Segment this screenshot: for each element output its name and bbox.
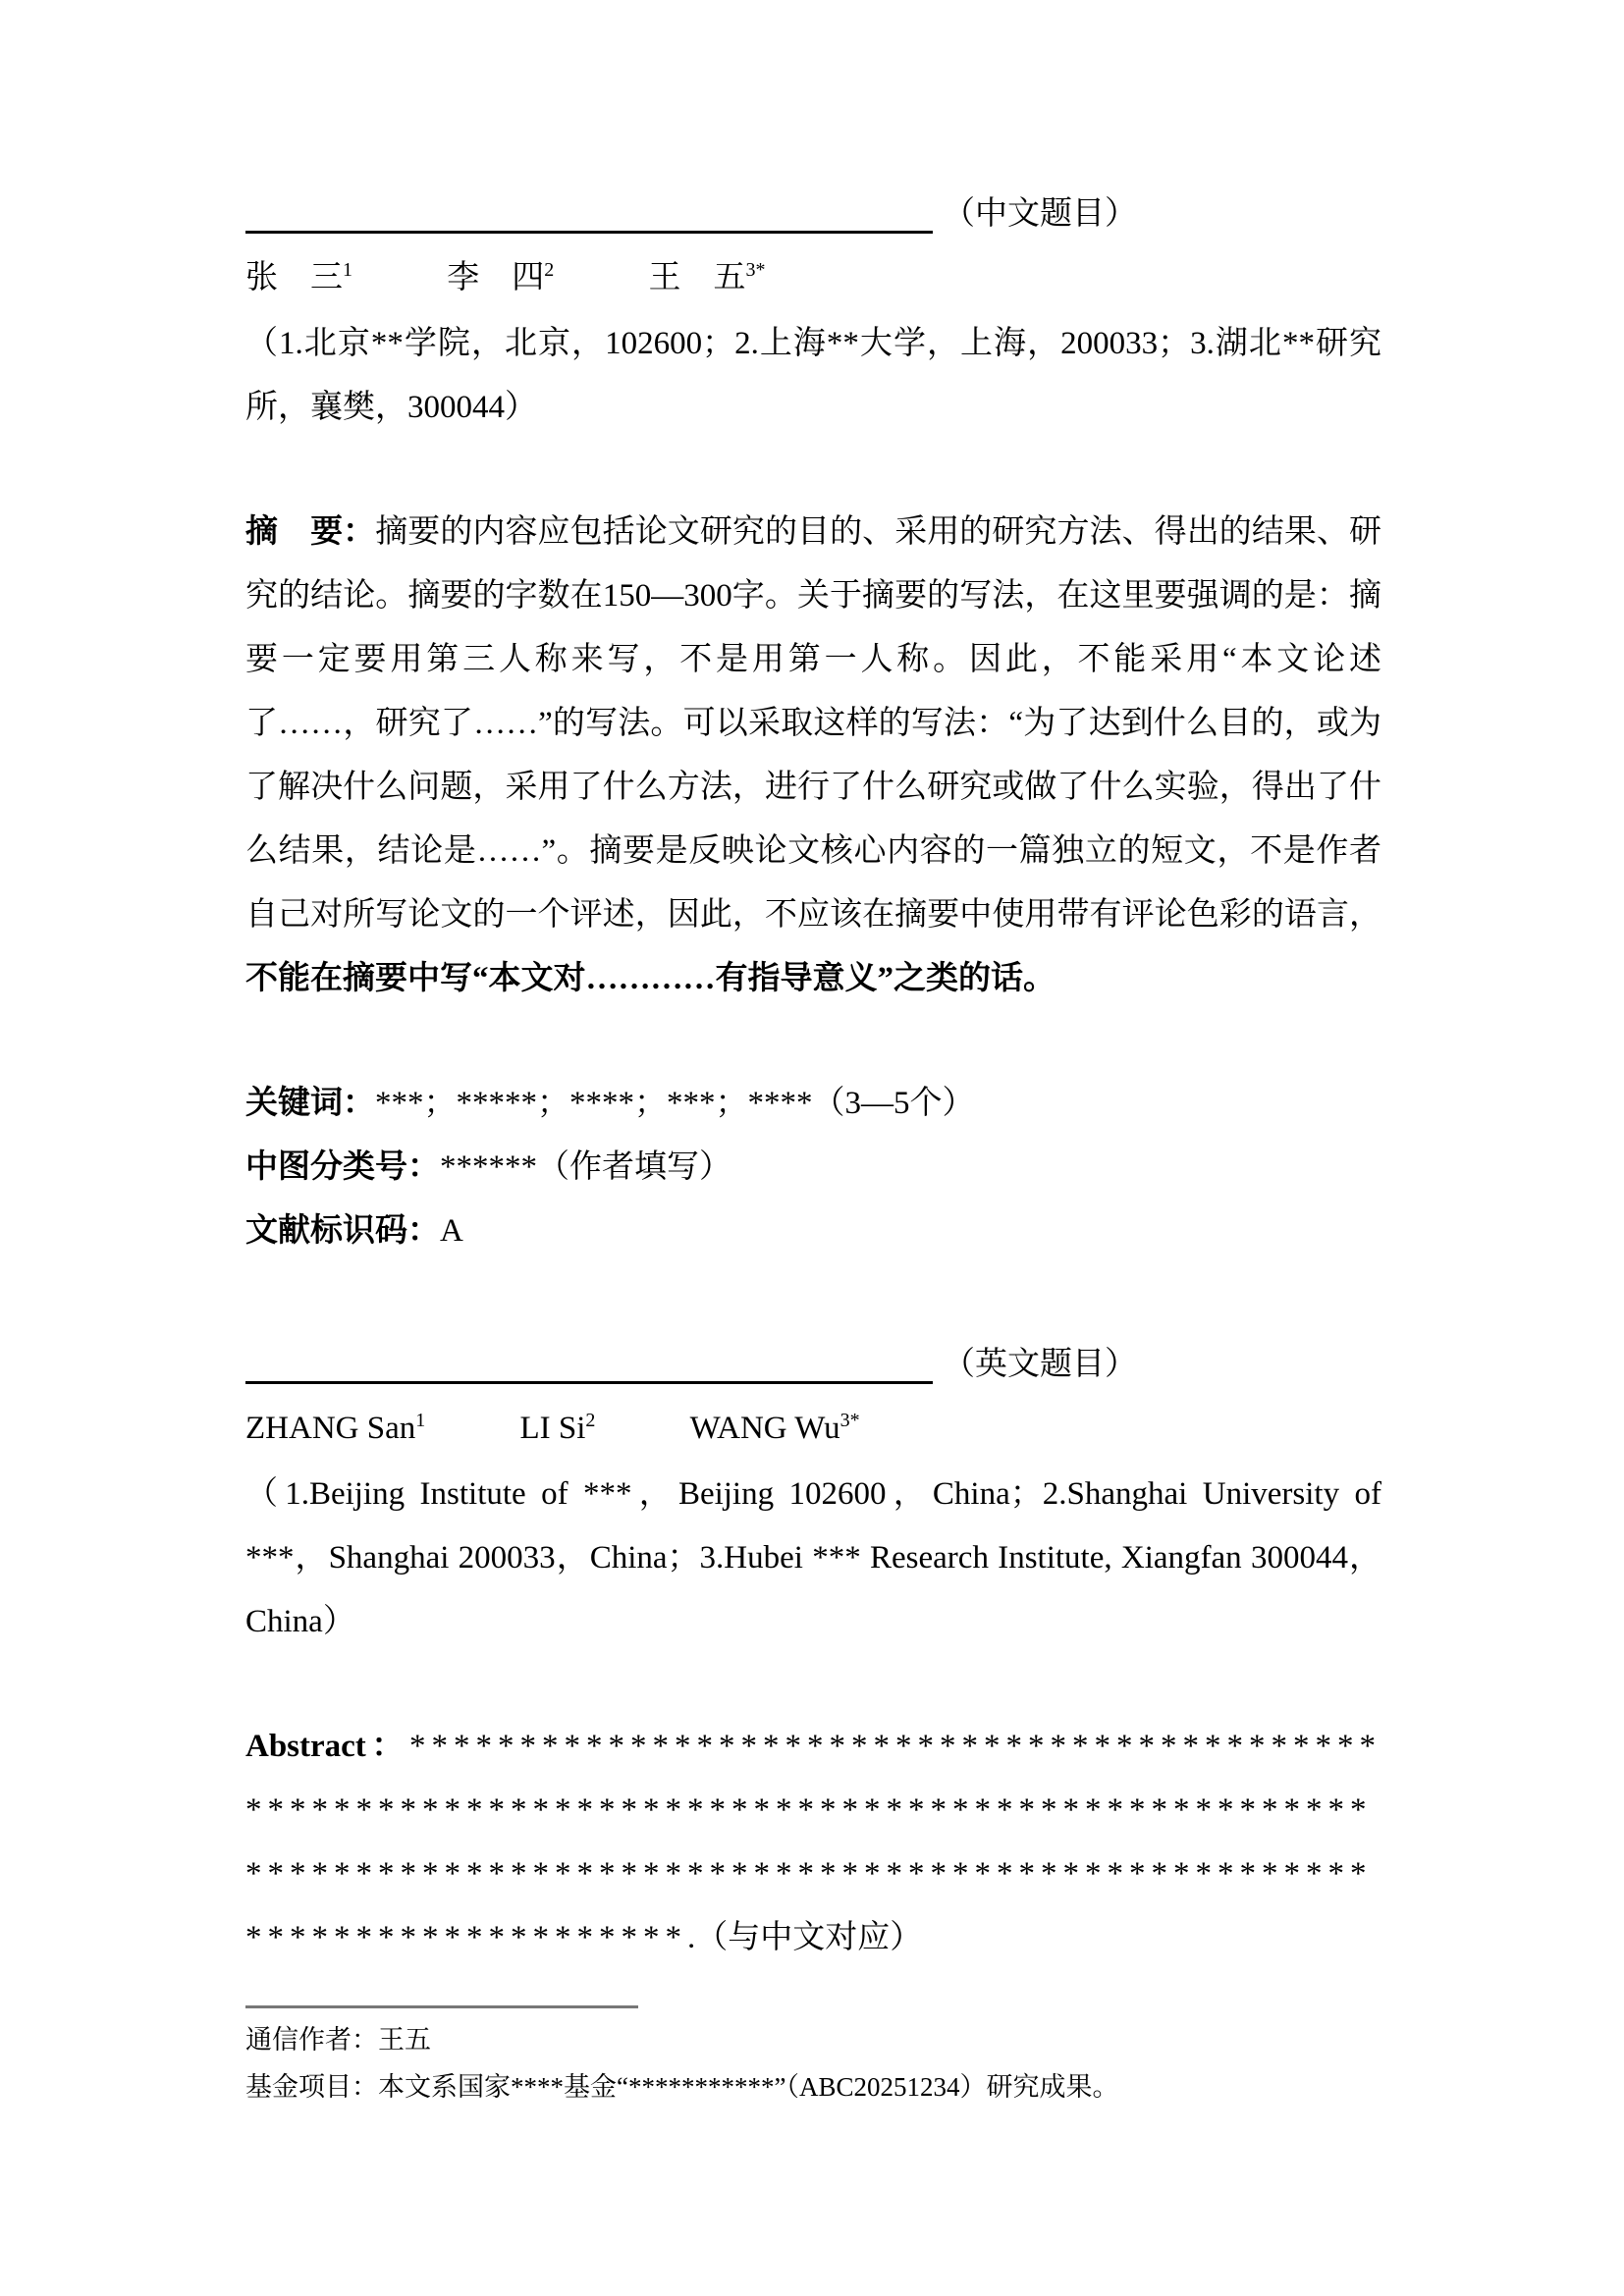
english-affiliation: （1.Beijing Institute of ***，Beijing 1026… (245, 1463, 1381, 1654)
chinese-abstract-bold-tail: 不能在摘要中写“本文对…………有指导意义”之类的话。 (245, 961, 1056, 996)
author-en-3: WANG Wu3* (690, 1411, 860, 1446)
chinese-abstract-body: 摘要的内容应包括论文研究的目的、采用的研究方法、得出的结果、研究的结论。摘要的字… (245, 514, 1381, 933)
chinese-title-blank-line (245, 191, 933, 234)
author-cn-3-name: 王 五 (649, 260, 746, 295)
author-en-1-name: ZHANG San (245, 1411, 415, 1446)
doc-code-row: 文献标识码：A (245, 1200, 1381, 1263)
author-cn-2-superscript: 2 (544, 259, 554, 281)
author-en-1: ZHANG San1 (245, 1411, 425, 1446)
english-title-note: （英文题目） (943, 1345, 1137, 1384)
english-title-row: （英文题目） (245, 1337, 1381, 1384)
author-en-1-superscript: 1 (415, 1410, 425, 1431)
chinese-affiliation: （1.北京**学院，北京，102600；2.上海**大学，上海，200033；3… (245, 312, 1381, 440)
footnote-area: 通信作者：王五 基金项目：本文系国家****基金“***********”（AB… (245, 2005, 1381, 2110)
author-cn-3-superscript: 3* (746, 259, 766, 281)
doc-code-label: 文献标识码： (245, 1213, 440, 1249)
english-title-blank-line (245, 1342, 933, 1384)
keywords-label: 关键词： (245, 1086, 375, 1121)
author-en-3-name: WANG Wu (690, 1411, 840, 1446)
chinese-abstract-label: 摘 要： (245, 514, 375, 550)
author-en-3-superscript: 3* (840, 1410, 860, 1431)
chinese-title-row: （中文题目） (245, 187, 1381, 234)
english-abstract-paragraph: Abstract：*******************************… (245, 1715, 1381, 1970)
footnote-separator (245, 2005, 638, 2008)
author-cn-1: 张 三1 (245, 260, 352, 295)
meta-block: 关键词：***；*****；****；***；****（3—5个） 中图分类号：… (245, 1072, 1381, 1263)
chinese-authors-row: 张 三1 李 四2 王 五3* (245, 255, 1381, 300)
keywords-row: 关键词：***；*****；****；***；****（3—5个） (245, 1072, 1381, 1136)
author-en-2-superscript: 2 (585, 1410, 595, 1431)
author-en-2: LI Si2 (519, 1411, 595, 1446)
document-content: （中文题目） 张 三1 李 四2 王 五3* （1.北京**学院，北京，1026… (0, 0, 1624, 2110)
doc-code-value: A (440, 1213, 463, 1249)
author-cn-1-name: 张 三 (245, 260, 343, 295)
chinese-title-note: （中文题目） (943, 194, 1137, 234)
clc-row: 中图分类号：******（作者填写） (245, 1136, 1381, 1200)
author-cn-3: 王 五3* (649, 260, 766, 295)
author-cn-1-superscript: 1 (343, 259, 352, 281)
chinese-abstract-paragraph: 摘 要：摘要的内容应包括论文研究的目的、采用的研究方法、得出的结果、研究的结论。… (245, 501, 1381, 1011)
english-abstract-tail: .（与中文对应） (687, 1920, 922, 1955)
clc-value: ******（作者填写） (440, 1149, 731, 1185)
author-cn-2-name: 李 四 (447, 260, 544, 295)
corresponding-author-line: 通信作者：王五 (245, 2016, 1381, 2063)
document-page: （中文题目） 张 三1 李 四2 王 五3* （1.北京**学院，北京，1026… (0, 0, 1624, 2296)
english-authors-row: ZHANG San1 LI Si2 WANG Wu3* (245, 1406, 1381, 1451)
english-abstract-label: Abstract： (245, 1729, 409, 1764)
keywords-value: ***；*****；****；***；****（3—5个） (375, 1086, 975, 1121)
fund-project-line: 基金项目：本文系国家****基金“***********”（ABC2025123… (245, 2063, 1381, 2110)
author-en-2-name: LI Si (519, 1411, 585, 1446)
clc-label: 中图分类号： (245, 1149, 440, 1185)
author-cn-2: 李 四2 (447, 260, 554, 295)
